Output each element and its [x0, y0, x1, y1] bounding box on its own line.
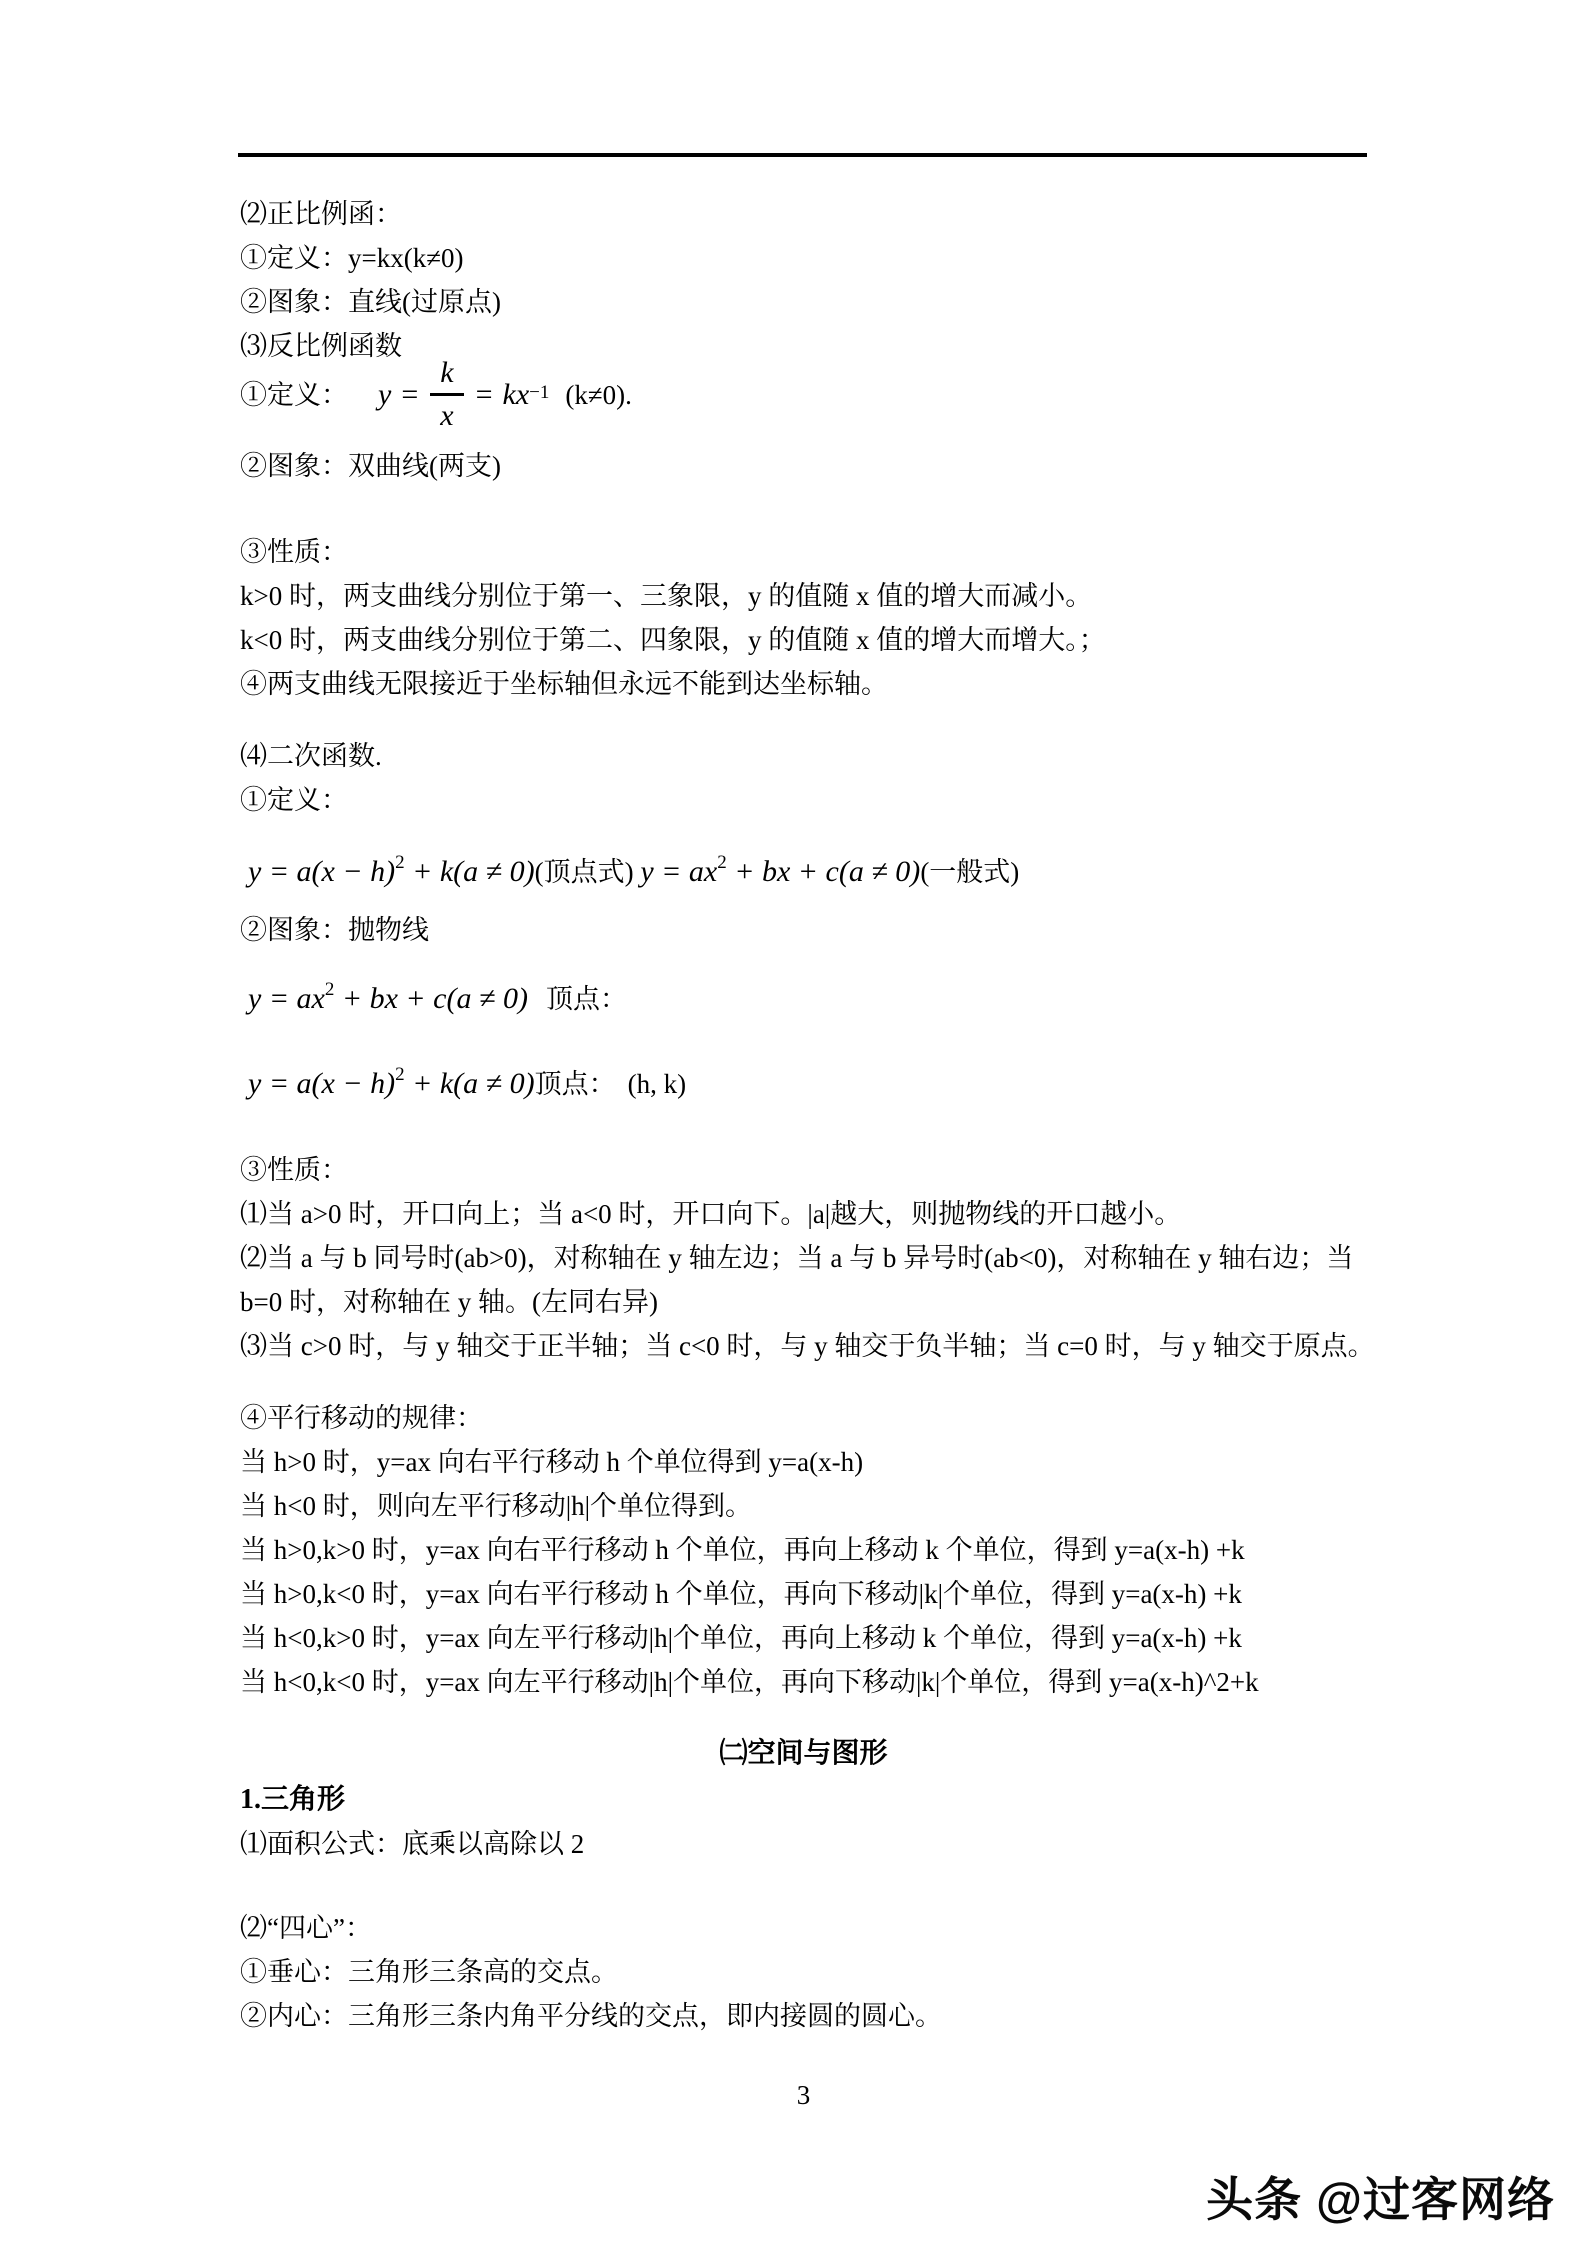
math-part: y = ax — [248, 982, 325, 1015]
math-y: y — [378, 372, 391, 418]
line-quadratic-property-1: ⑴当 a>0 时，开口向上；当 a<0 时，开口向下。|a|越大，则抛物线的开口… — [240, 1192, 1181, 1236]
fraction-denominator: x — [440, 396, 453, 431]
line-inverse-property-k-positive: k>0 时，两支曲线分别位于第一、三象限，y 的值随 x 值的增大而减小。 — [240, 574, 1092, 618]
line-proportional-heading: ⑵正比例函： — [240, 192, 402, 236]
line-translation-rule-6: 当 h<0,k<0 时，y=ax 向左平行移动|h|个单位，再向下移动|k|个单… — [240, 1660, 1259, 1704]
heading-triangle: 1.三角形 — [240, 1778, 345, 1822]
math-part: y = a(x − h) — [248, 855, 395, 888]
math-exponent: −1 — [529, 370, 549, 416]
line-translation-rule-5: 当 h<0,k>0 时，y=ax 向左平行移动|h|个单位，再向上移动 k 个单… — [240, 1616, 1242, 1660]
line-incenter: ②内心：三角形三条内角平分线的交点，即内接圆的圆心。 — [240, 1994, 942, 2038]
formula-quadratic-vertex: y = a(x − h)2 + k(a ≠ 0)顶点：(h, k) — [248, 1054, 686, 1107]
vertex-coordinates: (h, k) — [628, 1069, 686, 1099]
math-exponent: 2 — [395, 852, 405, 873]
equals-sign: = — [476, 372, 493, 418]
line-quadratic-property-2b: b=0 时，对称轴在 y 轴。(左同右异) — [240, 1280, 658, 1324]
math-part: + k(a ≠ 0) — [405, 1067, 535, 1100]
line-inverse-property-k-negative: k<0 时，两支曲线分别位于第二、四象限，y 的值随 x 值的增大而增大。； — [240, 618, 1106, 662]
math-part: + bx + c(a ≠ 0) — [727, 855, 921, 888]
header-rule — [238, 153, 1367, 157]
math-part: y = ax — [640, 855, 717, 888]
fraction-k-over-x: k x — [430, 358, 463, 431]
formula-quadratic-general: y = ax2 + bx + c(a ≠ 0)顶点： — [248, 969, 627, 1022]
line-four-centers-heading: ⑵“四心”： — [240, 1906, 372, 1950]
math-part: y = a(x − h) — [248, 1067, 395, 1100]
vertex-label: 顶点： — [546, 984, 627, 1014]
line-translation-heading: ④平行移动的规律： — [240, 1396, 483, 1440]
line-inverse-property-asymptote: ④两支曲线无限接近于坐标轴但永远不能到达坐标轴。 — [240, 662, 888, 706]
line-translation-rule-2: 当 h<0 时，则向左平行移动|h|个单位得到。 — [240, 1484, 752, 1528]
line-proportional-definition: ①定义：y=kx(k≠0) — [240, 236, 464, 280]
line-quadratic-definition-label: ①定义： — [240, 778, 348, 822]
line-quadratic-property-3: ⑶当 c>0 时，与 y 轴交于正半轴；当 c<0 时，与 y 轴交于负半轴；当… — [240, 1324, 1375, 1368]
math-exponent: 2 — [325, 979, 335, 1000]
line-quadratic-properties-heading: ③性质： — [240, 1148, 348, 1192]
line-quadratic-property-2a: ⑵当 a 与 b 同号时(ab>0)，对称轴在 y 轴左边；当 a 与 b 异号… — [240, 1236, 1353, 1280]
math-condition: (k≠0). — [565, 372, 632, 418]
math-exponent: 2 — [395, 1064, 405, 1085]
line-inverse-graph: ②图象：双曲线(两支) — [240, 444, 501, 488]
line-proportional-graph: ②图象：直线(过原点) — [240, 280, 501, 324]
vertex-label: 顶点： — [535, 1069, 616, 1099]
page-number: 3 — [240, 2080, 1367, 2111]
section-heading-space-and-shapes: ㈡空间与图形 — [240, 1732, 1367, 1776]
math-part: + k(a ≠ 0) — [405, 855, 535, 888]
formula-quadratic-definition: y = a(x − h)2 + k(a ≠ 0)(顶点式) y = ax2 + … — [248, 842, 1019, 895]
line-orthocenter: ①垂心：三角形三条高的交点。 — [240, 1950, 618, 1994]
line-quadratic-graph: ②图象：抛物线 — [240, 908, 429, 952]
general-form-label: (一般式) — [920, 857, 1019, 887]
document-page: ⑵正比例函： ①定义：y=kx(k≠0) ②图象：直线(过原点) ⑶反比例函数 … — [0, 0, 1587, 2245]
line-quadratic-heading: ⑷二次函数. — [240, 734, 382, 778]
math-exponent: 2 — [717, 852, 727, 873]
math-part: + bx + c(a ≠ 0) — [334, 982, 528, 1015]
line-translation-rule-3: 当 h>0,k>0 时，y=ax 向右平行移动 h 个单位，再向上移动 k 个单… — [240, 1528, 1245, 1572]
line-translation-rule-1: 当 h>0 时，y=ax 向右平行移动 h 个单位得到 y=a(x-h) — [240, 1440, 863, 1484]
formula-inverse-definition: ①定义： y = k x = kx−1 (k≠0). — [240, 358, 632, 431]
line-triangle-area-formula: ⑴面积公式：底乘以高除以 2 — [240, 1822, 584, 1866]
line-translation-rule-4: 当 h>0,k<0 时，y=ax 向右平行移动 h 个单位，再向下移动|k|个单… — [240, 1572, 1242, 1616]
vertex-form-label: (顶点式) — [535, 857, 641, 887]
formula-label: ①定义： — [240, 372, 348, 418]
fraction-numerator: k — [430, 358, 463, 396]
equals-sign: = — [401, 372, 418, 418]
watermark: 头条 @过客网络 — [1206, 2163, 1555, 2230]
line-inverse-properties-heading: ③性质： — [240, 530, 348, 574]
math-kx: kx — [503, 372, 530, 418]
